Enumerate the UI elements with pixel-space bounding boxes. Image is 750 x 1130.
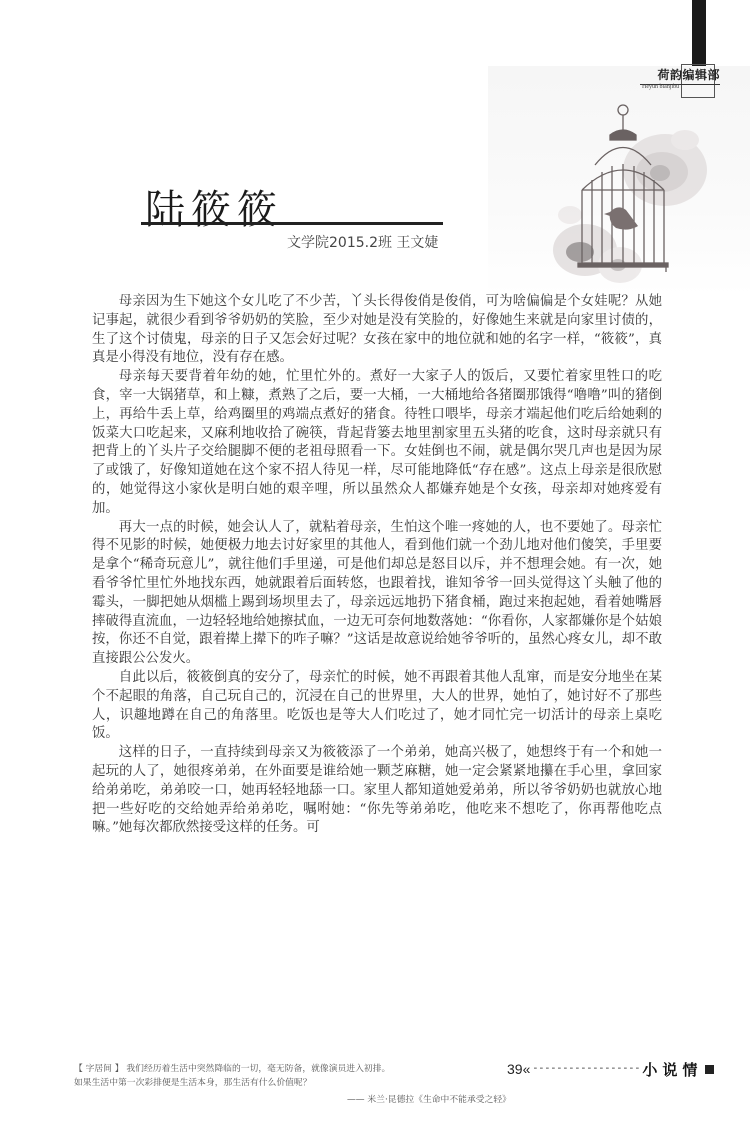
page-number: 39 bbox=[507, 1061, 523, 1077]
square-marker-icon bbox=[705, 1065, 714, 1074]
quote-text-1: 我们经历着生活中突然降临的一切，毫无防备，就像演员进入初排。 bbox=[126, 1064, 390, 1074]
quote-line-1: 【 字居间 】 我们经历着生活中突然降临的一切，毫无防备，就像演员进入初排。 bbox=[74, 1063, 504, 1077]
paragraph: 自此以后，筱筱倒真的安分了，母亲忙的时候，她不再跟着其他人乱窜，而是安分地坐在某… bbox=[92, 669, 662, 744]
article-byline: 文学院2015.2班 王文婕 bbox=[287, 232, 438, 252]
birdcage-flower-illustration bbox=[510, 100, 740, 290]
article-title: 陆筱筱 bbox=[145, 178, 283, 235]
editorial-department-subtitle: Heyun bianjibu bbox=[642, 84, 722, 90]
quote-attribution: —— 米兰·昆德拉《生命中不能承受之轻》 bbox=[347, 1092, 511, 1105]
paragraph: 母亲因为生下她这个女儿吃了不少苦，丫头长得俊俏是俊俏，可为啥偏偏是个女娃呢？从她… bbox=[92, 293, 662, 368]
editorial-department-title: 荷韵编辑部 bbox=[640, 66, 720, 85]
section-name: 小说情 bbox=[642, 1059, 702, 1080]
quote-label: 【 字居间 】 bbox=[74, 1064, 124, 1074]
quote-text-2: 如果生活中第一次彩排便是生活本身，那生活有什么价值呢？ bbox=[74, 1077, 504, 1091]
paragraph: 再大一点的时候，她会认人了，就粘着母亲，生怕这个唯一疼她的人，也不要她了。母亲忙… bbox=[92, 519, 662, 669]
paragraph: 母亲每天要背着年幼的她，忙里忙外的。煮好一大家子人的饭后，又要忙着家里牲口的吃食… bbox=[92, 368, 662, 518]
double-chevron-left-icon: « bbox=[523, 1061, 531, 1077]
dashed-leader: ------------------ bbox=[532, 1064, 640, 1075]
article-body: 母亲因为生下她这个女儿吃了不少苦，丫头长得俊俏是俊俏，可为啥偏偏是个女娃呢？从她… bbox=[92, 293, 662, 838]
paragraph: 这样的日子，一直持续到母亲又为筱筱添了一个弟弟，她高兴极了，她想终于有一个和她一… bbox=[92, 744, 662, 838]
footer-quote: 【 字居间 】 我们经历着生活中突然降临的一切，毫无防备，就像演员进入初排。 如… bbox=[74, 1063, 504, 1090]
title-underline bbox=[141, 222, 443, 225]
page-footer: 39 « ------------------ 小说情 bbox=[507, 1058, 714, 1080]
